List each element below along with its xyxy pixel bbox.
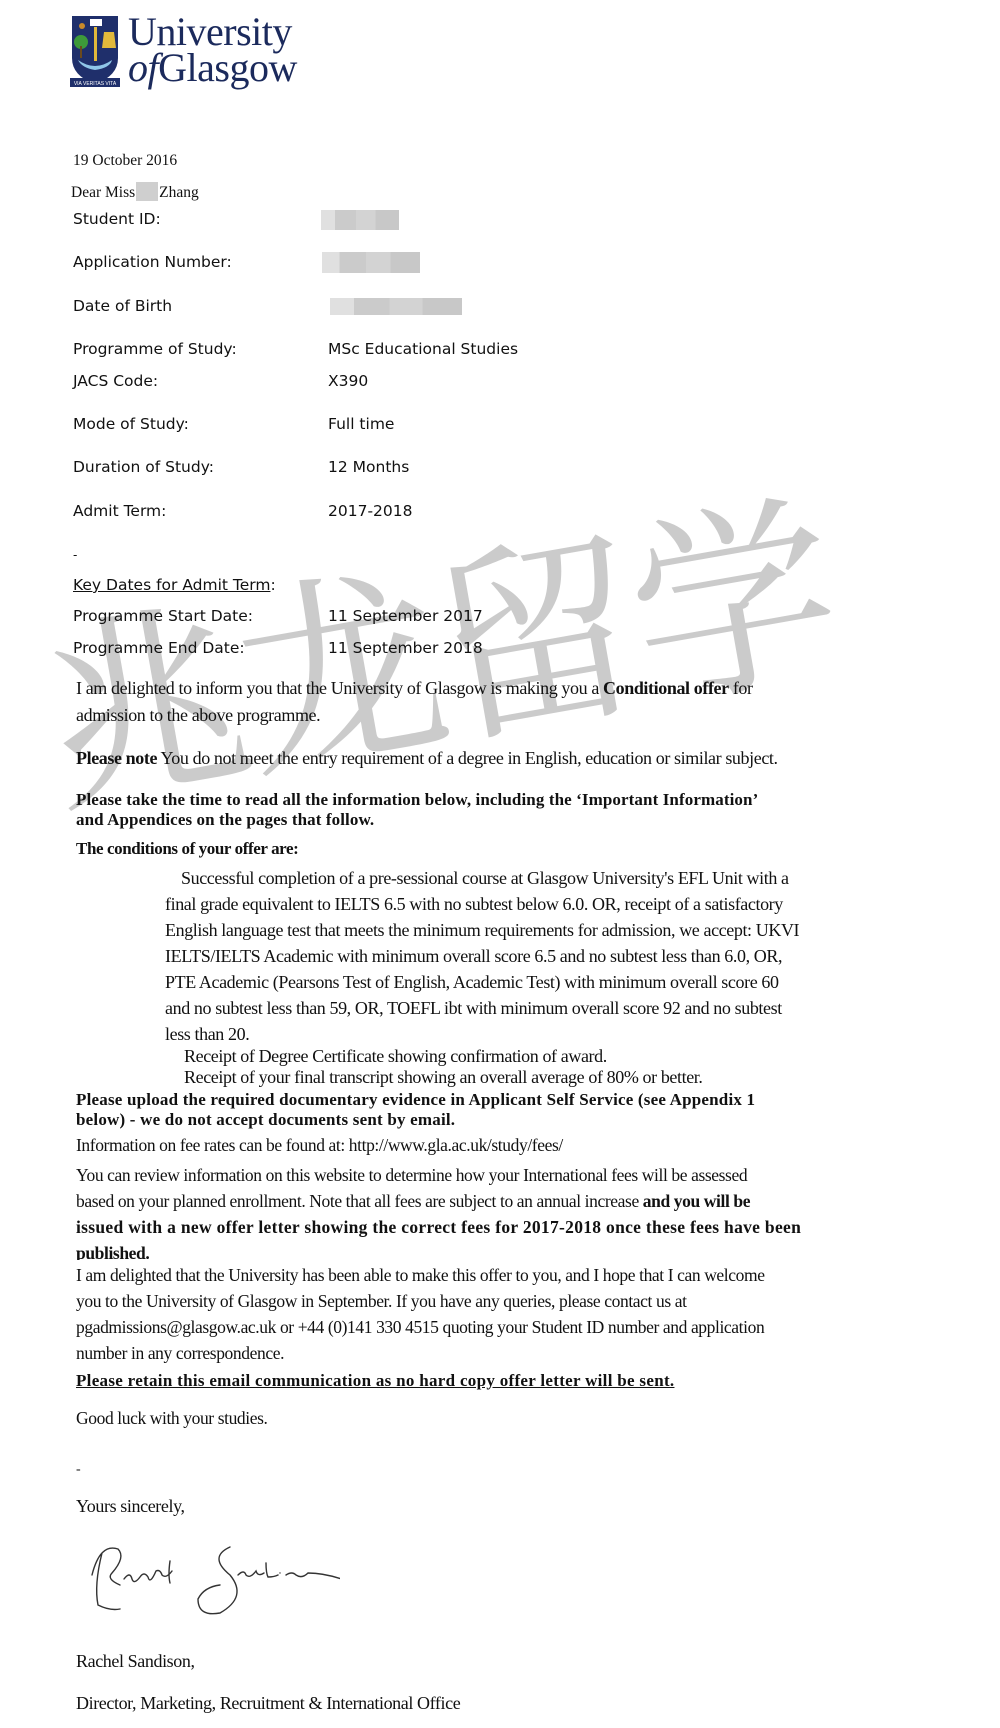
condition-1-line-4: IELTS/IELTS Academic with minimum overal…: [165, 946, 782, 967]
salutation: Dear MissZhang: [71, 182, 199, 202]
field-label-date-of-birth: Date of Birth: [73, 297, 172, 315]
field-label-admit-term: Admit Term:: [73, 502, 166, 520]
please-take-time-line-2: and Appendices on the pages that follow.: [76, 810, 374, 830]
redacted-given-name: [136, 182, 158, 201]
letter-date: 19 October 2016: [73, 152, 177, 170]
condition-2: Receipt of Degree Certificate showing co…: [184, 1046, 607, 1067]
field-value-programme: MSc Educational Studies: [328, 340, 518, 358]
key-date-value-end: 11 September 2018: [328, 639, 483, 657]
field-value-mode: Full time: [328, 415, 394, 433]
condition-1-line-7: less than 20.: [165, 1024, 249, 1045]
closing-line-2: you to the University of Glasgow in Sept…: [76, 1291, 687, 1312]
upload-notice-line-2: below) - we do not accept documents sent…: [76, 1110, 455, 1130]
logo-wordmark-glasgow: ofGlasgow: [128, 44, 297, 91]
closing-line-1: I am delighted that the University has b…: [76, 1265, 765, 1286]
field-value-admit-term: 2017-2018: [328, 502, 413, 520]
separator-dash: -: [73, 548, 77, 562]
university-crest-icon: VIA VERITAS VITA: [70, 14, 120, 88]
condition-1-line-3: English language test that meets the min…: [165, 920, 799, 941]
condition-1-line-2: final grade equivalent to IELTS 6.5 with…: [165, 894, 783, 915]
condition-1-line-1: Successful completion of a pre-sessional…: [181, 868, 789, 889]
condition-1-line-6: and no subtest less than 59, OR, TOEFL i…: [165, 998, 782, 1019]
please-take-time-line-1: Please take the time to read all the inf…: [76, 790, 758, 810]
upload-notice-line-1: Please upload the required documentary e…: [76, 1090, 755, 1110]
signature-dash: -: [76, 1462, 80, 1478]
signatory-title: Director, Marketing, Recruitment & Inter…: [76, 1693, 460, 1714]
key-date-value-start: 11 September 2017: [328, 607, 483, 625]
field-label-programme: Programme of Study:: [73, 340, 237, 358]
fees-review-line-2: based on your planned enrollment. Note t…: [76, 1191, 750, 1212]
key-date-label-start: Programme Start Date:: [73, 607, 253, 625]
field-label-student-id: Student ID:: [73, 210, 161, 228]
fee-rates-info: Information on fee rates can be found at…: [76, 1135, 563, 1156]
intro-paragraph-line-2: admission to the above programme.: [76, 705, 320, 726]
condition-1-line-5: PTE Academic (Pearsons Test of English, …: [165, 972, 779, 993]
field-label-jacs-code: JACS Code:: [73, 372, 158, 390]
university-logo: VIA VERITAS VITA University ofGlasgow: [70, 12, 310, 92]
fees-review-line-4: published.: [76, 1243, 149, 1260]
intro-paragraph-line-1: I am delighted to inform you that the Un…: [76, 678, 753, 699]
key-date-label-end: Programme End Date:: [73, 639, 245, 657]
fees-review-line-1: You can review information on this websi…: [76, 1165, 747, 1186]
svg-text:VIA VERITAS VITA: VIA VERITAS VITA: [74, 81, 117, 87]
conditions-heading: The conditions of your offer are:: [76, 839, 298, 859]
field-label-mode: Mode of Study:: [73, 415, 189, 433]
redacted-date-of-birth: [330, 298, 462, 315]
signature-image: [80, 1535, 340, 1630]
field-value-jacs-code: X390: [328, 372, 368, 390]
closing-line-4: number in any correspondence.: [76, 1343, 284, 1364]
good-luck: Good luck with your studies.: [76, 1408, 268, 1429]
redacted-application-number: [322, 252, 420, 273]
redacted-student-id: [321, 210, 399, 230]
field-label-duration: Duration of Study:: [73, 458, 214, 476]
sign-off: Yours sincerely,: [76, 1496, 185, 1517]
closing-line-3: pgadmissions@glasgow.ac.uk or +44 (0)141…: [76, 1317, 764, 1338]
field-value-duration: 12 Months: [328, 458, 409, 476]
please-note: Please note You do not meet the entry re…: [76, 748, 778, 769]
signatory-name: Rachel Sandison,: [76, 1651, 195, 1672]
fees-review-line-3: issued with a new offer letter showing t…: [76, 1217, 801, 1238]
field-label-application-number: Application Number:: [73, 253, 232, 271]
retain-notice: Please retain this email communication a…: [76, 1371, 674, 1391]
key-dates-heading: Key Dates for Admit Term:: [73, 576, 276, 594]
condition-3: Receipt of your final transcript showing…: [184, 1067, 703, 1088]
